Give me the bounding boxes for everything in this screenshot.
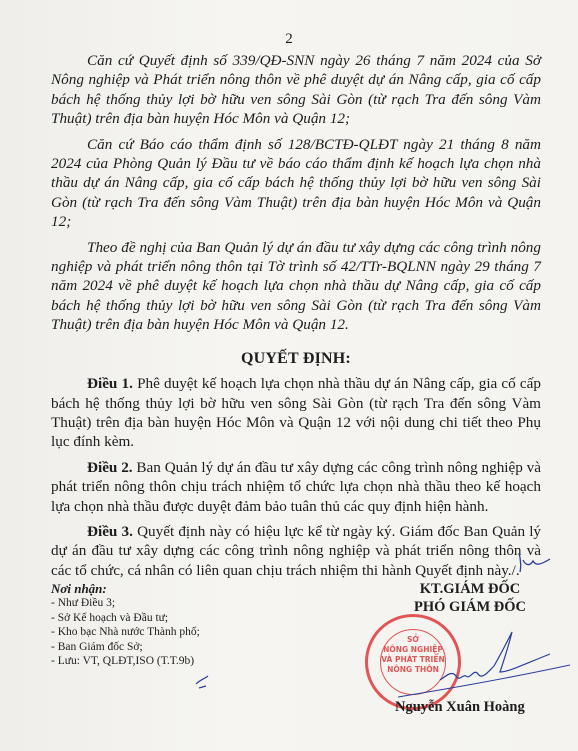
article-1: Điều 1. Phê duyệt kế hoạch lựa chọn nhà …: [51, 374, 541, 452]
signature-role-2: PHÓ GIÁM ĐỐC: [380, 598, 560, 616]
article-label: Điều 2.: [87, 459, 133, 476]
signature-role-1: KT.GIÁM ĐỐC: [380, 580, 560, 598]
recipient-item: - Lưu: VT, QLĐT,ISO (T.T.9b): [51, 654, 200, 669]
article-2: Điều 2. Ban Quản lý dự án đầu tư xây dựn…: [51, 458, 541, 516]
article-label: Điều 1.: [87, 375, 133, 392]
preamble-paragraph: Căn cứ Báo cáo thẩm định số 128/BCTĐ-QLĐ…: [51, 135, 541, 232]
recipient-item: - Sở Kế hoạch và Đầu tư;: [51, 611, 200, 626]
official-stamp: SỞ NÔNG NGHIỆP VÀ PHÁT TRIỂN NÔNG THÔN: [365, 614, 461, 710]
stamp-line: NÔNG NGHIỆP: [368, 645, 458, 655]
signature-block: KT.GIÁM ĐỐC PHÓ GIÁM ĐỐC: [380, 580, 560, 616]
document-body: Căn cứ Quyết định số 339/QĐ-SNN ngày 26 …: [51, 51, 541, 586]
signer-name: Nguyễn Xuân Hoàng: [395, 699, 575, 716]
document-page: 2 Căn cứ Quyết định số 339/QĐ-SNN ngày 2…: [0, 0, 578, 751]
recipients-block: Nơi nhận: - Như Điều 3; - Sở Kế hoạch và…: [51, 581, 200, 669]
stamp-text: SỞ NÔNG NGHIỆP VÀ PHÁT TRIỂN NÔNG THÔN: [368, 635, 458, 675]
article-3: Điều 3. Quyết định này có hiệu lực kể từ…: [51, 522, 541, 580]
decision-heading: QUYẾT ĐỊNH:: [51, 349, 541, 368]
stamp-line: VÀ PHÁT TRIỂN: [368, 655, 458, 665]
recipients-title: Nơi nhận:: [51, 581, 200, 596]
page-number: 2: [0, 31, 578, 48]
recipient-item: - Ban Giám đốc Sở;: [51, 640, 200, 655]
stamp-line: NÔNG THÔN: [368, 665, 458, 675]
stamp-line: SỞ: [368, 635, 458, 645]
recipient-item: - Kho bạc Nhà nước Thành phố;: [51, 625, 200, 640]
preamble-paragraph: Theo đề nghị của Ban Quản lý dự án đầu t…: [51, 238, 541, 335]
article-label: Điều 3.: [87, 523, 133, 540]
preamble-paragraph: Căn cứ Quyết định số 339/QĐ-SNN ngày 26 …: [51, 51, 541, 129]
recipient-item: - Như Điều 3;: [51, 596, 200, 611]
